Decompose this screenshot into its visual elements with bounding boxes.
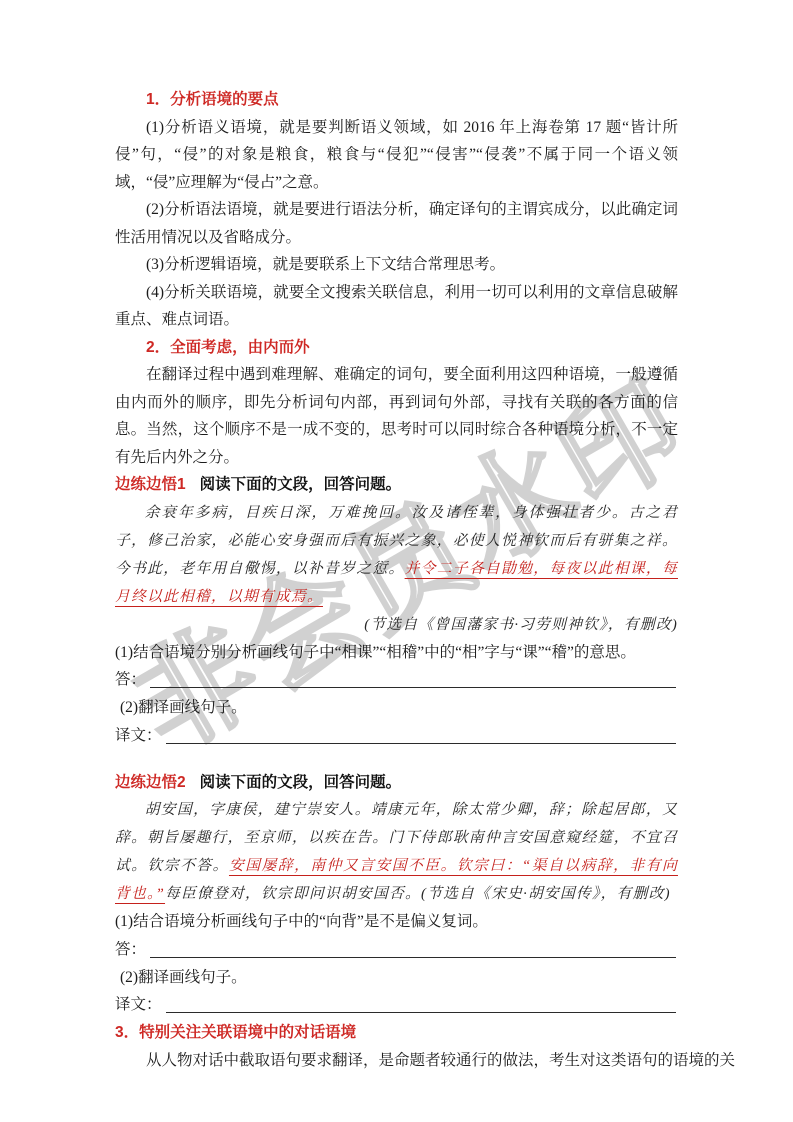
exercise1-translation-blank-line [166, 742, 676, 744]
exercise2-translation-label: 译文： [115, 991, 162, 1019]
exercise2-translation-row: 译文： [115, 991, 678, 1019]
paragraph-point1-4: (4)分析关联语境，就要全文搜索关联信息，利用一切可以利用的文章信息破解重点、难… [115, 279, 678, 334]
exercise2-label: 边练边悟2 [115, 769, 186, 797]
exercise1-answer-row: 答： [115, 666, 678, 694]
exercise1-prompt: 阅读下面的文段，回答问题。 [200, 471, 402, 499]
exercise1-question1: (1)结合语境分别分析画线句子中“相课”“相稽”中的“相”字与“课”“稽”的意思… [115, 639, 678, 667]
page-content: 1．分析语境的要点 (1)分析语义语境，就是要判断语义领域，如 2016 年上海… [0, 0, 793, 1074]
exercise1-answer-label: 答： [115, 666, 146, 694]
exercise2-prompt: 阅读下面的文段，回答问题。 [200, 769, 402, 797]
exercise1-answer-blank-line [150, 686, 676, 688]
paragraph-point1-1: (1)分析语义语境，就是要判断语义领域，如 2016 年上海卷第 17 题“皆计… [115, 114, 678, 197]
exercise2-passage: 胡安国，字康侯，建宁崇安人。靖康元年，除太常少卿，辞；除起居郎，又辞。朝旨屡趣行… [115, 796, 678, 908]
heading-point-1: 1．分析语境的要点 [115, 86, 678, 114]
exercise2-answer-row: 答： [115, 936, 678, 964]
exercise1-passage: 余衰年多病，目疾日深，万难挽回。汝及诸侄辈，身体强壮者少。古之君子，修己治家，必… [115, 499, 678, 611]
exercise2-answer-blank-line [150, 956, 676, 958]
exercise1-label: 边练边悟1 [115, 471, 186, 499]
paragraph-point1-3: (3)分析逻辑语境，就是要联系上下文结合常理思考。 [115, 251, 678, 279]
exercise2-header: 边练边悟2 阅读下面的文段，回答问题。 [115, 769, 678, 797]
exercise2-translation-blank-line [166, 1011, 676, 1013]
paragraph-point2-1: 在翻译过程中遇到难理解、难确定的词句，要全面利用这四种语境，一般遵循由内而外的顺… [115, 361, 678, 471]
exercise1-source: (节选自《曾国藩家书·习劳则神钦》，有删改) [115, 611, 678, 639]
exercise1-question2: (2)翻译画线句子。 [115, 694, 678, 722]
paragraph-point1-2: (2)分析语法语境，就是要进行语法分析，确定译句的主谓宾成分，以此确定词性活用情… [115, 196, 678, 251]
heading-point-3: 3．特别关注关联语境中的对话语境 [115, 1019, 678, 1047]
exercise2-question1: (1)结合语境分析画线句子中的“向背”是不是偏义复词。 [115, 908, 678, 936]
exercise1-translation-row: 译文： [115, 722, 678, 750]
exercise1-header: 边练边悟1 阅读下面的文段，回答问题。 [115, 471, 678, 499]
exercise2-question2: (2)翻译画线句子。 [115, 964, 678, 992]
heading-point-2: 2．全面考虑，由内而外 [115, 334, 678, 362]
exercise2-passage-text-2: 每臣僚登对，钦宗即问识胡安国否。 [165, 886, 421, 902]
exercise2-source: (节选自《宋史·胡安国传》，有删改) [421, 886, 671, 902]
exercise1-translation-label: 译文： [115, 722, 162, 750]
section-spacer [115, 750, 678, 769]
paragraph-point3-1: 从人物对话中截取语句要求翻译，是命题者较通行的做法，考生对这类语句的语境的关 [115, 1047, 678, 1075]
exercise2-answer-label: 答： [115, 936, 146, 964]
document-page: 非会员水印 1．分析语境的要点 (1)分析语义语境，就是要判断语义领域，如 20… [0, 0, 793, 1122]
